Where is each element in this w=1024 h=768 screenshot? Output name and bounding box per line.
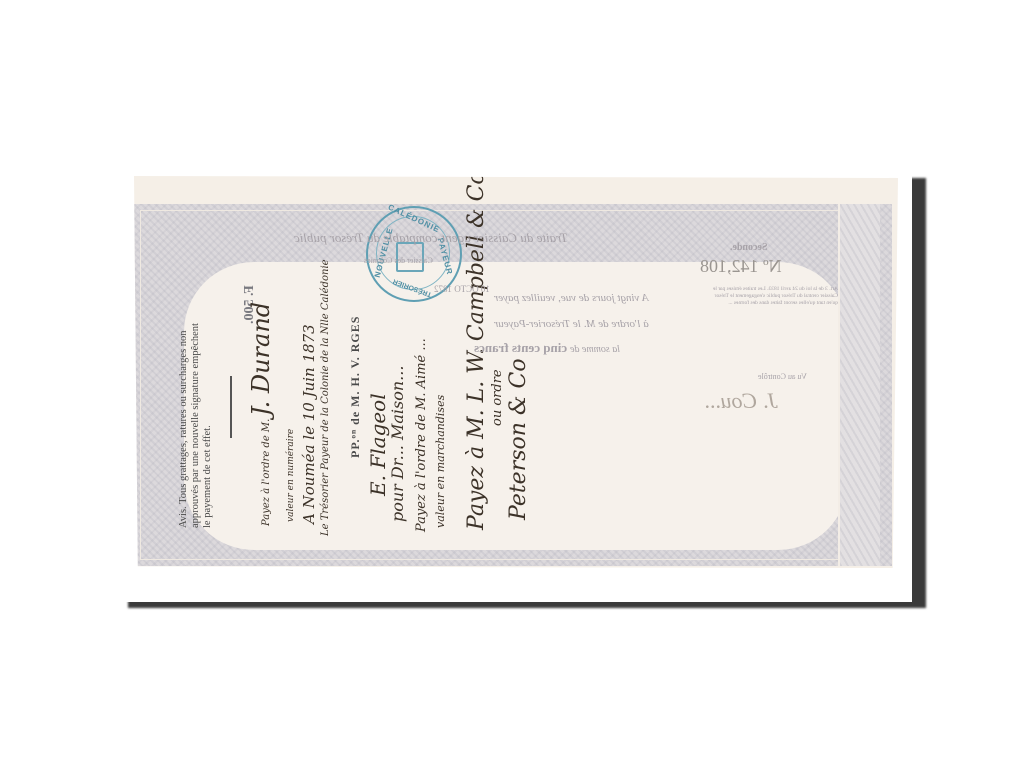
handwritten-line-2: pour Dr... Maison... [388,366,407,522]
serial-number-text: Nº 142,108 [700,256,782,277]
value-line: valeur en numéraire [286,429,296,522]
reverse-serial-number: Nº 142,108 [700,256,782,277]
reverse-faint-date: 10 OCTO 1872 [434,284,490,294]
notice-line-2: approuvés par une nouvelle signature emp… [190,323,202,528]
reverse-line-days: A vingt jours de vue, veuillez payer [494,292,649,304]
notice-line-1: Avis. Tous grattages, ratures ou surchar… [178,323,190,528]
printer-line: PP.ᵒⁿ de M. H. V. RGES [348,316,363,458]
handwritten-line-7: Peterson & Co [506,358,531,520]
handwritten-line-1: E. Flageol [366,393,390,496]
notice-block: Avis. Tous grattages, ratures ou surchar… [178,323,214,528]
reverse-header-text: Traite du Caissier agent-comptable du Tr… [294,230,568,246]
place: Nouméa [300,445,318,509]
pay-to-prefix: Payez à l'ordre de M. [261,419,272,526]
place-date: A Nouméa le 10 Juin 1873 [300,324,318,524]
visa-signature-text: J. Cou... [704,388,778,414]
reverse-sum-prefix: la somme de [570,344,620,355]
notice-line-3: le payement de cet effet. [202,323,214,528]
endorsement-block: Payez à l'ordre de M. J. Durand [252,302,276,526]
handwritten-line-4: valeur en marchandises [434,395,447,528]
handwritten-line-6: ou ordre [490,369,505,426]
serial-label-text: Seconde. [730,242,768,253]
reverse-sum-text: cinq cents francs [474,340,567,356]
handwritten-line-3: Payez à l'ordre de M. Aimé ... [414,338,429,532]
right-border-strip [838,204,880,566]
reverse-subheader-text: Caissier des Colonies [364,256,433,265]
reverse-order-text: à l'ordre de M. le Trésorier-Payeur [494,318,649,330]
reverse-subheader: Caissier des Colonies [364,256,433,265]
reverse-header: Traite du Caissier agent-comptable du Tr… [294,230,568,246]
place-prefix: A [300,513,318,524]
legal-text: Art. 3 de la loi du 24 avril 1833. Les t… [708,286,838,307]
visa-label-text: Vu au Contrôle [758,372,807,381]
payee-name: J. Durand [247,302,275,416]
reverse-date-text: 10 OCTO 1872 [434,284,490,294]
divider-line [230,376,232,438]
reverse-visa-signature: J. Cou... [704,388,778,414]
reverse-serial-label: Seconde. [730,242,768,253]
reverse-days-text: A vingt jours de vue, veuillez payer [494,292,649,304]
reverse-visa-label: Vu au Contrôle [758,372,807,381]
date: le 10 Juin 1873 [300,324,318,439]
treasurer-line: Le Trésorier Payeur de la Colonie de la … [320,259,331,536]
reverse-line-sum: cinq cents francs la somme de [474,340,620,356]
reverse-legal-text: Art. 3 de la loi du 24 avril 1833. Les t… [708,286,838,307]
bill-of-exchange: Avis. Tous grattages, ratures ou surchar… [134,176,898,568]
reverse-line-order: à l'ordre de M. le Trésorier-Payeur [494,318,649,330]
